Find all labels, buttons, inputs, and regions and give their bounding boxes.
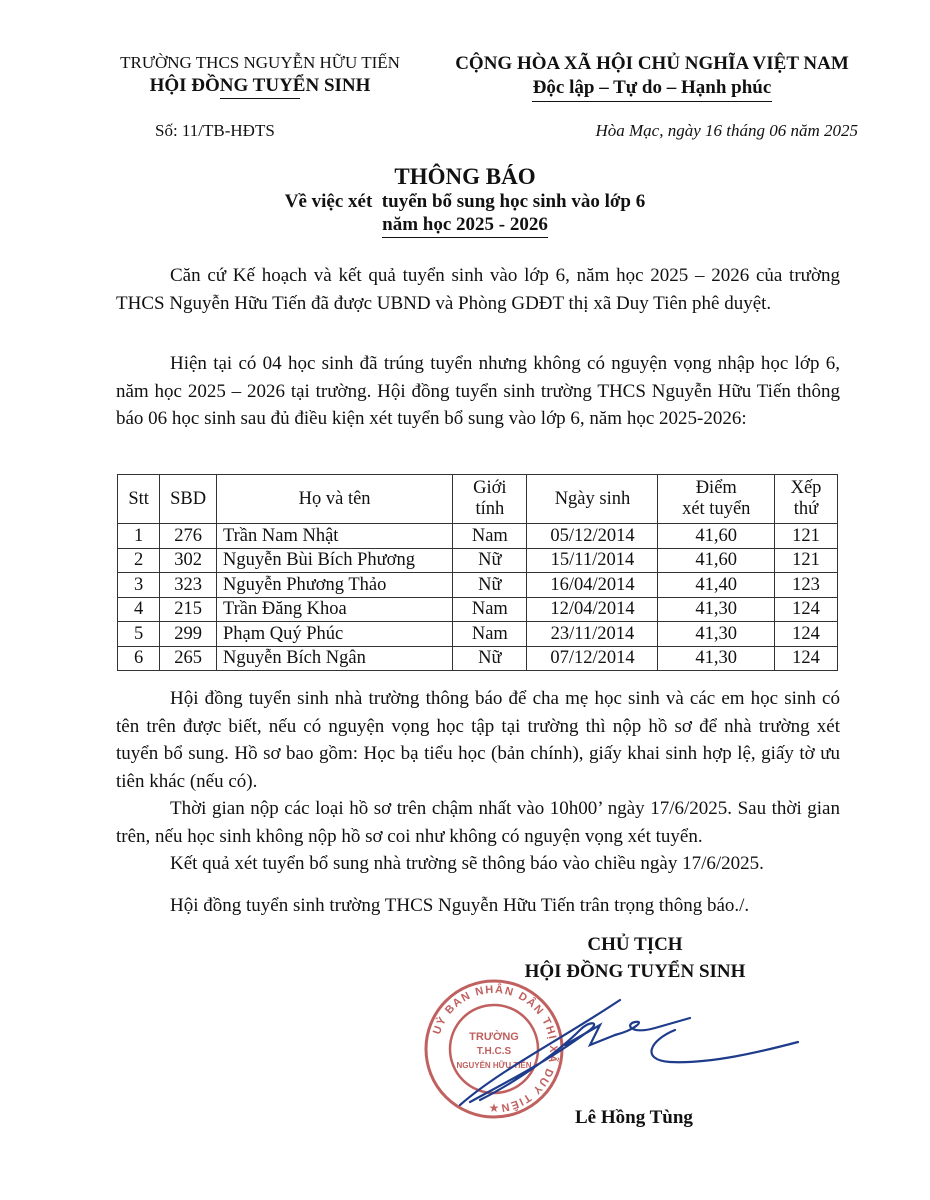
document-subtitle: Về việc xét tuyển bổ sung học sinh vào l…	[0, 190, 930, 213]
col-name: Họ và tên	[217, 475, 453, 524]
cell-rank: 124	[775, 597, 838, 622]
cell-stt: 3	[118, 573, 160, 598]
handwritten-signature-icon	[440, 990, 800, 1110]
cell-gender: Nữ	[453, 548, 527, 573]
cell-sbd: 299	[160, 622, 217, 647]
cell-score: 41,30	[658, 646, 775, 671]
cell-dob: 12/04/2014	[527, 597, 658, 622]
table-row: 5299Phạm Quý PhúcNam23/11/201441,30124	[118, 622, 838, 647]
cell-rank: 124	[775, 646, 838, 671]
cell-name: Phạm Quý Phúc	[217, 622, 453, 647]
national-motto: Độc lập – Tự do – Hạnh phúc	[532, 76, 773, 102]
cell-stt: 4	[118, 597, 160, 622]
table-header-row: Stt SBD Họ và tên Giớitính Ngày sinh Điể…	[118, 475, 838, 524]
cell-stt: 2	[118, 548, 160, 573]
cell-rank: 121	[775, 548, 838, 573]
cell-stt: 5	[118, 622, 160, 647]
table-row: 1276Trần Nam NhậtNam05/12/201441,60121	[118, 524, 838, 549]
col-sbd: SBD	[160, 475, 217, 524]
cell-name: Nguyễn Bùi Bích Phương	[217, 548, 453, 573]
school-name: TRƯỜNG THCS NGUYỄN HỮU TIẾN	[95, 52, 425, 74]
cell-rank: 124	[775, 622, 838, 647]
council-underline	[220, 98, 300, 99]
cell-gender: Nam	[453, 597, 527, 622]
document-title-block: THÔNG BÁO Về việc xét tuyển bổ sung học …	[0, 163, 930, 238]
document-title: THÔNG BÁO	[0, 163, 930, 190]
cell-rank: 121	[775, 524, 838, 549]
col-rank: Xếpthứ	[775, 475, 838, 524]
col-gender: Giớitính	[453, 475, 527, 524]
cell-name: Nguyễn Bích Ngân	[217, 646, 453, 671]
cell-gender: Nữ	[453, 573, 527, 598]
table-row: 6265Nguyễn Bích NgânNữ07/12/201441,30124	[118, 646, 838, 671]
paragraph-closing: Hội đồng tuyển sinh trường THCS Nguyễn H…	[116, 892, 840, 920]
cell-gender: Nam	[453, 622, 527, 647]
cell-score: 41,40	[658, 573, 775, 598]
signer-position: CHỦ TỊCH	[470, 931, 800, 958]
cell-stt: 1	[118, 524, 160, 549]
col-dob: Ngày sinh	[527, 475, 658, 524]
cell-dob: 05/12/2014	[527, 524, 658, 549]
cell-dob: 15/11/2014	[527, 548, 658, 573]
council-name: HỘI ĐỒNG TUYỂN SINH	[95, 74, 425, 98]
col-stt: Stt	[118, 475, 160, 524]
signature-title: CHỦ TỊCH HỘI ĐỒNG TUYỂN SINH	[470, 931, 800, 985]
table-row: 2302Nguyễn Bùi Bích PhươngNữ15/11/201441…	[118, 548, 838, 573]
cell-sbd: 276	[160, 524, 217, 549]
cell-stt: 6	[118, 646, 160, 671]
cell-sbd: 265	[160, 646, 217, 671]
cell-score: 41,60	[658, 524, 775, 549]
cell-name: Nguyễn Phương Thảo	[217, 573, 453, 598]
paragraph-situation: Hiện tại có 04 học sinh đã trúng tuyển n…	[116, 350, 840, 433]
cell-score: 41,30	[658, 597, 775, 622]
cell-gender: Nữ	[453, 646, 527, 671]
cell-sbd: 323	[160, 573, 217, 598]
paragraph-result-date: Kết quả xét tuyển bổ sung nhà trường sẽ …	[116, 850, 840, 878]
signer-name: Lê Hồng Tùng	[575, 1107, 693, 1129]
place-date: Hòa Mạc, ngày 16 tháng 06 năm 2025	[595, 121, 858, 141]
cell-dob: 23/11/2014	[527, 622, 658, 647]
school-year: năm học 2025 - 2026	[382, 213, 548, 238]
paragraph-basis: Căn cứ Kế hoạch và kết quả tuyển sinh và…	[116, 262, 840, 317]
cell-score: 41,30	[658, 622, 775, 647]
country-name: CỘNG HÒA XÃ HỘI CHỦ NGHĨA VIỆT NAM	[432, 52, 872, 76]
cell-sbd: 302	[160, 548, 217, 573]
cell-sbd: 215	[160, 597, 217, 622]
issuer-block: TRƯỜNG THCS NGUYỄN HỮU TIẾN HỘI ĐỒNG TUY…	[95, 52, 425, 99]
cell-name: Trần Nam Nhật	[217, 524, 453, 549]
table-row: 4215Trần Đăng KhoaNam12/04/201441,30124	[118, 597, 838, 622]
col-score: Điểmxét tuyển	[658, 475, 775, 524]
cell-dob: 07/12/2014	[527, 646, 658, 671]
cell-score: 41,60	[658, 548, 775, 573]
document-number: Số: 11/TB-HĐTS	[155, 121, 275, 141]
cell-dob: 16/04/2014	[527, 573, 658, 598]
student-table: Stt SBD Họ và tên Giớitính Ngày sinh Điể…	[117, 474, 838, 671]
paragraph-instructions: Hội đồng tuyển sinh nhà trường thông báo…	[116, 685, 840, 795]
cell-rank: 123	[775, 573, 838, 598]
national-header: CỘNG HÒA XÃ HỘI CHỦ NGHĨA VIỆT NAM Độc l…	[432, 52, 872, 102]
cell-gender: Nam	[453, 524, 527, 549]
cell-name: Trần Đăng Khoa	[217, 597, 453, 622]
table-row: 3323Nguyễn Phương ThảoNữ16/04/201441,401…	[118, 573, 838, 598]
paragraph-deadline: Thời gian nộp các loại hồ sơ trên chậm n…	[116, 795, 840, 850]
